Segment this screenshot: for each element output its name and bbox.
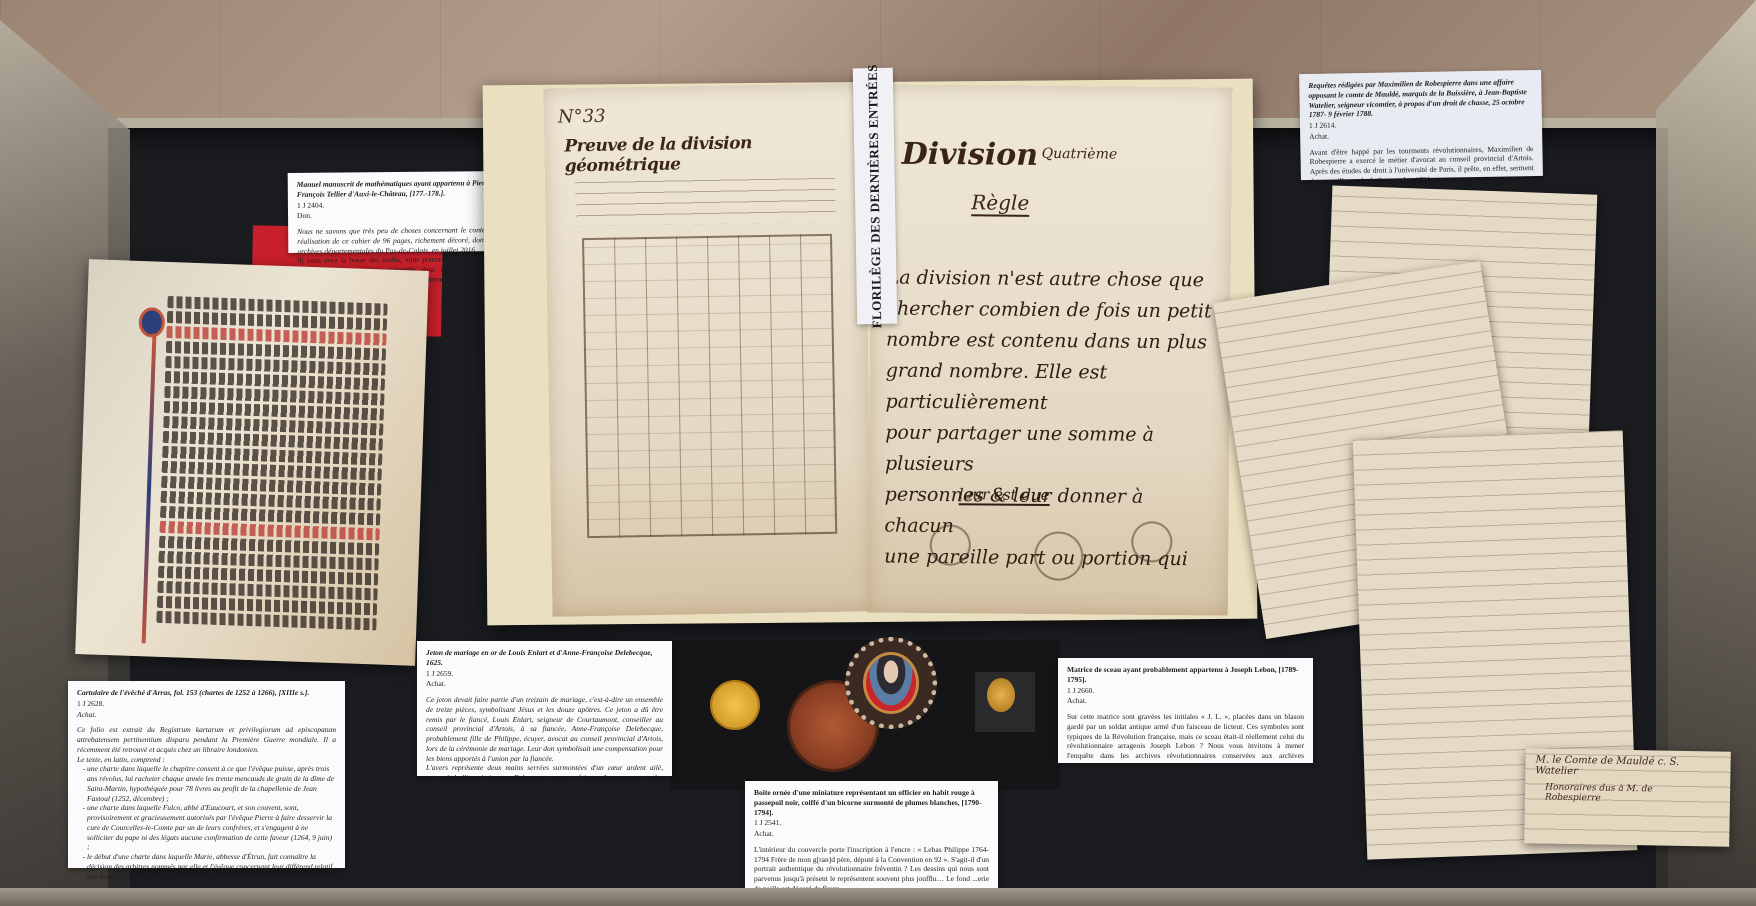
ledger-table <box>582 234 837 538</box>
label-matrice-sceau: Matrice de sceau ayant probablement appa… <box>1058 658 1313 763</box>
script-line: La division n'est autre chose que <box>886 263 1216 297</box>
label-list-item: une charte dans laquelle le chapitre con… <box>87 764 336 803</box>
gold-wedding-token <box>712 682 758 728</box>
label-title: Cartulaire de l'évêché d'Arras, fol. 153… <box>77 688 336 698</box>
book-page-left: N°33 Preuve de la division géométrique <box>543 83 872 617</box>
rule-heading: Règle <box>971 190 1029 217</box>
label-text: Avant d'être happé par les tourments rév… <box>1309 144 1534 187</box>
cartulaire-folio <box>75 259 429 666</box>
officer-portrait <box>863 652 919 714</box>
label-boite-miniature: Boîte ornée d'une miniature représentant… <box>745 781 998 896</box>
label-mode: Achat. <box>1067 696 1304 706</box>
label-cote: 1 J 2660. <box>1067 686 1304 696</box>
label-list-item: le début d'une charte dans laquelle Mari… <box>87 852 336 881</box>
division-subheading: Quatrième <box>1042 146 1118 163</box>
script-closing: leur est due <box>959 485 1050 506</box>
label-title: Jeton de mariage en or de Louis Enlart e… <box>426 648 663 668</box>
label-requetes-robespierre: Requêtes rédigées par Maximilien de Robe… <box>1299 70 1543 180</box>
case-bottom-frame <box>0 888 1756 906</box>
seal-matrix <box>987 678 1015 712</box>
page-number: N°33 <box>558 106 606 128</box>
note-heading: M. le Comte de Mauldé c. S. Watelier <box>1525 748 1731 786</box>
label-cote: 1 J 2404. <box>297 199 504 211</box>
label-cartulaire-arras: Cartulaire de l'évêché d'Arras, fol. 153… <box>68 681 345 868</box>
label-list-item: une charte dans laquelle Fulco, abbé d'E… <box>87 803 336 852</box>
label-title: Requêtes rédigées par Maximilien de Robe… <box>1308 77 1533 120</box>
label-cote: 1 J 2628. <box>77 699 336 709</box>
snuffbox-lid-miniature <box>845 637 937 729</box>
division-heading: Division <box>902 137 1039 173</box>
book-page-right: Division Quatrième Règle La division n'e… <box>868 84 1233 615</box>
label-cote: 1 J 2659. <box>426 669 663 679</box>
label-text: Nous ne savons que très peu de choses co… <box>297 225 504 256</box>
label-title: Matrice de sceau ayant probablement appa… <box>1067 665 1304 685</box>
label-jeton-mariage: Jeton de mariage en or de Louis Enlart e… <box>417 641 672 776</box>
label-text: Ce jeton devait faire partie d'un treiza… <box>426 695 663 763</box>
label-mode: Achat. <box>77 710 336 720</box>
label-manuel-mathematiques: Manuel manuscrit de mathématiques ayant … <box>288 171 514 253</box>
exhibit-banner: FLORILÈGE DES DERNIÈRES ENTRÉES <box>853 68 897 325</box>
label-text: Le texte, en latin, comprend : <box>77 755 336 765</box>
label-text: Sur cette matrice sont gravées les initi… <box>1067 712 1304 771</box>
illuminated-border <box>142 333 157 643</box>
label-text: L'avers représente deux mains serrées su… <box>426 763 663 792</box>
script-line: pour partager une somme à plusieurs <box>885 418 1216 483</box>
honoraires-note: M. le Comte de Mauldé c. S. Watelier Hon… <box>1524 748 1731 847</box>
script-line: chercher combien de fois un petit <box>886 294 1216 328</box>
label-text: Ce folio est extrait du Registrum kartar… <box>77 725 336 754</box>
floral-decoration <box>888 505 1199 608</box>
label-title: Boîte ornée d'une miniature représentant… <box>754 788 989 817</box>
script-line: grand nombre. Elle est particulièrement <box>885 356 1216 421</box>
page-title: Preuve de la division géométrique <box>564 131 865 176</box>
label-text: L'intérieur du couvercle porte l'inscrip… <box>754 845 989 894</box>
script-line: nombre est contenu dans un plus <box>886 325 1216 359</box>
banner-text: FLORILÈGE DES DERNIÈRES ENTRÉES <box>865 64 886 329</box>
label-mode: Don. <box>297 209 504 221</box>
label-list: une charte dans laquelle le chapitre con… <box>87 764 336 881</box>
handwritten-note <box>575 174 836 227</box>
label-title: Manuel manuscrit de mathématiques ayant … <box>297 178 504 199</box>
label-mode: Achat. <box>754 829 989 839</box>
label-cote: 1 J 2541. <box>754 818 989 828</box>
label-mode: Achat. <box>426 679 663 689</box>
note-subheading: Honoraires dus à M. de Robespierre <box>1525 782 1730 806</box>
